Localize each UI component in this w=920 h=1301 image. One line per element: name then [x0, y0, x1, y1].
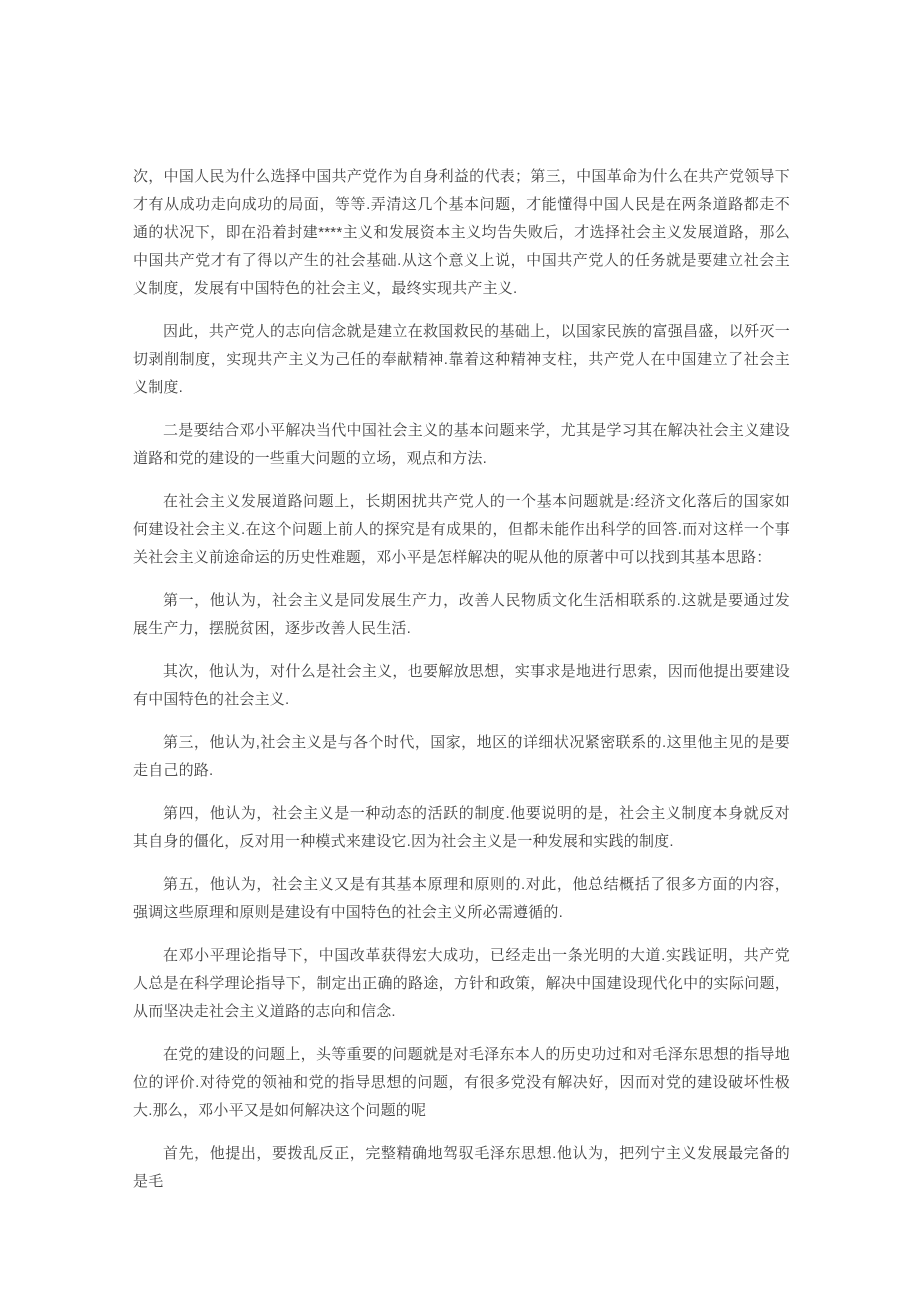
paragraph: 二是要结合邓小平解决当代中国社会主义的基本问题来学，尤其是学习其在解决社会主义建…: [133, 417, 790, 473]
paragraph: 在党的建设的问题上，头等重要的问题就是对毛泽东本人的历史功过和对毛泽东思想的指导…: [133, 1041, 790, 1125]
paragraph: 第三，他认为,社会主义是与各个时代，国家，地区的详细状况紧密联系的.这里他主见的…: [133, 729, 790, 785]
paragraph: 第五，他认为，社会主义又是有其基本原理和原则的.对此，他总结概括了很多方面的内容…: [133, 871, 790, 927]
paragraph: 因此，共产党人的志向信念就是建立在救国救民的基础上，以国家民族的富强昌盛，以歼灭…: [133, 318, 790, 402]
paragraph: 第一，他认为，社会主义是同发展生产力，改善人民物质文化生活相联系的.这就是要通过…: [133, 587, 790, 643]
document-page: 次，中国人民为什么选择中国共产党作为自身利益的代表；第三，中国革命为什么在共产党…: [0, 0, 920, 1301]
paragraph: 首先，他提出，要拨乱反正，完整精确地驾驭毛泽东思想.他认为，把列宁主义发展最完备…: [133, 1140, 790, 1196]
paragraph-continuation: 次，中国人民为什么选择中国共产党作为自身利益的代表；第三，中国革命为什么在共产党…: [133, 163, 790, 303]
paragraph: 在邓小平理论指导下，中国改革获得宏大成功，已经走出一条光明的大道.实践证明，共产…: [133, 942, 790, 1026]
paragraph: 其次，他认为，对什么是社会主义，也要解放思想，实事求是地进行思索，因而他提出要建…: [133, 658, 790, 714]
paragraph: 在社会主义发展道路问题上，长期困扰共产党人的一个基本问题就是:经济文化落后的国家…: [133, 488, 790, 572]
paragraph: 第四，他认为，社会主义是一种动态的活跃的制度.他要说明的是，社会主义制度本身就反…: [133, 800, 790, 856]
